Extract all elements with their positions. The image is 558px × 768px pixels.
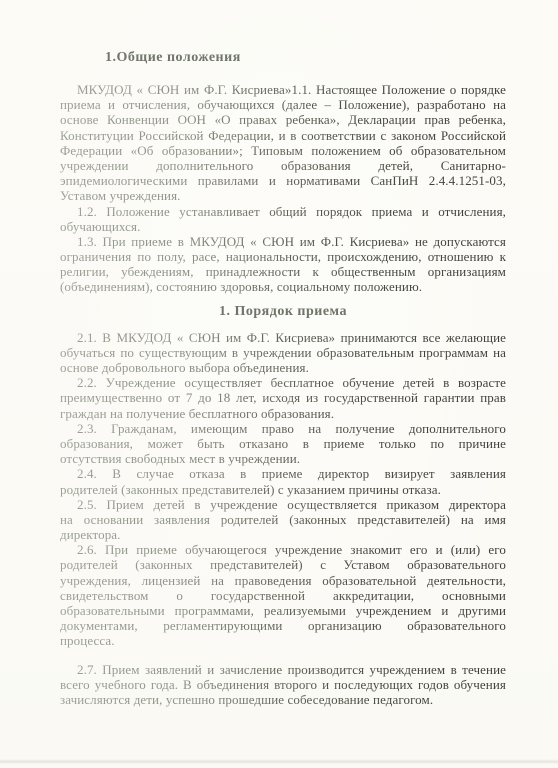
paragraph-1-2: 1.2. Положение устанавливает общий поряд… xyxy=(60,204,506,234)
paragraph-2-7: 2.7. Прием заявлений и зачисление произв… xyxy=(60,662,506,708)
text-line: Конституции Российской Федерации, и в со… xyxy=(60,128,506,143)
text-line: основе Конвенции ООН «О правах ребенка»,… xyxy=(60,112,506,127)
section-2-heading: 1. Порядок приема xyxy=(60,304,506,319)
text-line: эпидемиологическими правилами и норматив… xyxy=(60,173,506,188)
paragraph-2-1: 2.1. В МКУДОД « СЮН им Ф.Г. Кисриева» пр… xyxy=(60,330,506,376)
paragraph-1-1: МКУДОД « СЮН им Ф.Г. Кисриева»1.1. Насто… xyxy=(60,82,506,204)
text-line: 2.7. Прием заявлений и зачисление произв… xyxy=(60,662,506,677)
text-line: приема и отчисления, обучающихся (далее … xyxy=(60,97,506,112)
scan-bottom-edge xyxy=(0,759,558,764)
paragraph-1-3: 1.3. При приеме в МКУДОД « СЮН им Ф.Г. К… xyxy=(60,234,506,295)
document-page: 1.Общие положения МКУДОД « СЮН им Ф.Г. К… xyxy=(0,0,558,768)
paragraph-2-5: 2.5. Прием детей в учреждение осуществля… xyxy=(60,497,506,543)
paragraph-2-2: 2.2. Учреждение осуществляет бесплатное … xyxy=(60,375,506,421)
text-line: 2.1. В МКУДОД « СЮН им Ф.Г. Кисриева» пр… xyxy=(60,330,506,345)
text-line: образовательными программами, реализуемы… xyxy=(60,603,506,618)
text-line: на основании заявления родителей (законн… xyxy=(60,512,506,527)
paragraph-2-4: 2.4. В случае отказа в приеме директор в… xyxy=(60,466,506,496)
paragraph-2-3: 2.3. Гражданам, имеющим право на получен… xyxy=(60,421,506,467)
text-line: 1.3. При приеме в МКУДОД « СЮН им Ф.Г. К… xyxy=(60,234,506,249)
text-line: всего учебного года. В объединения второ… xyxy=(60,677,506,692)
text-line: МКУДОД « СЮН им Ф.Г. Кисриева»1.1. Насто… xyxy=(60,82,506,97)
text-line: граждан на получение бесплатного образов… xyxy=(60,406,506,421)
text-line: обучающихся. xyxy=(60,219,506,234)
text-line: религии, убеждениям, принадлежности к об… xyxy=(60,264,506,279)
text-line: директора. xyxy=(60,527,506,542)
paragraph-2-6: 2.6. При приеме обучающегося учреждение … xyxy=(60,542,506,648)
text-line: 2.4. В случае отказа в приеме директор в… xyxy=(60,466,506,481)
text-line: родителей (законных представителей) с ук… xyxy=(60,482,506,497)
text-line: образования, может быть отказано в прием… xyxy=(60,436,506,451)
text-line: родителей (законных представителей) с Ус… xyxy=(60,557,506,572)
text-line: 1.2. Положение устанавливает общий поряд… xyxy=(60,204,506,219)
text-line: учреждении дополнительного образования д… xyxy=(60,158,506,173)
text-line: 2.6. При приеме обучающегося учреждение … xyxy=(60,542,506,557)
text-line: преимущественно от 7 до 18 лет, исходя и… xyxy=(60,390,506,405)
text-line: основе добровольного выбора объединения. xyxy=(60,360,506,375)
text-line: обучаться по существующим в учреждении о… xyxy=(60,345,506,360)
text-line: ограничения по полу, расе, национальност… xyxy=(60,249,506,264)
text-line: Уставом учреждения. xyxy=(60,188,506,203)
text-line: свидетельством о государственной аккреди… xyxy=(60,588,506,603)
text-line: документами, регламентирующими организац… xyxy=(60,618,506,633)
text-line: учреждения, лицензией на правоведения об… xyxy=(60,573,506,588)
text-line: процесса. xyxy=(60,633,506,648)
text-line: 2.3. Гражданам, имеющим право на получен… xyxy=(60,421,506,436)
text-line: Федерации «Об образовании»; Типовым поло… xyxy=(60,143,506,158)
text-line: (объединениям), состоянию здоровья, соци… xyxy=(60,279,506,294)
text-line: зачисляются дети, успешно прошедшие собе… xyxy=(60,692,506,707)
section-1-heading: 1.Общие положения xyxy=(105,50,506,65)
text-line: 2.5. Прием детей в учреждение осуществля… xyxy=(60,497,506,512)
text-line: 2.2. Учреждение осуществляет бесплатное … xyxy=(60,375,506,390)
text-line: отсутствия свободных мест в учреждении. xyxy=(60,451,506,466)
